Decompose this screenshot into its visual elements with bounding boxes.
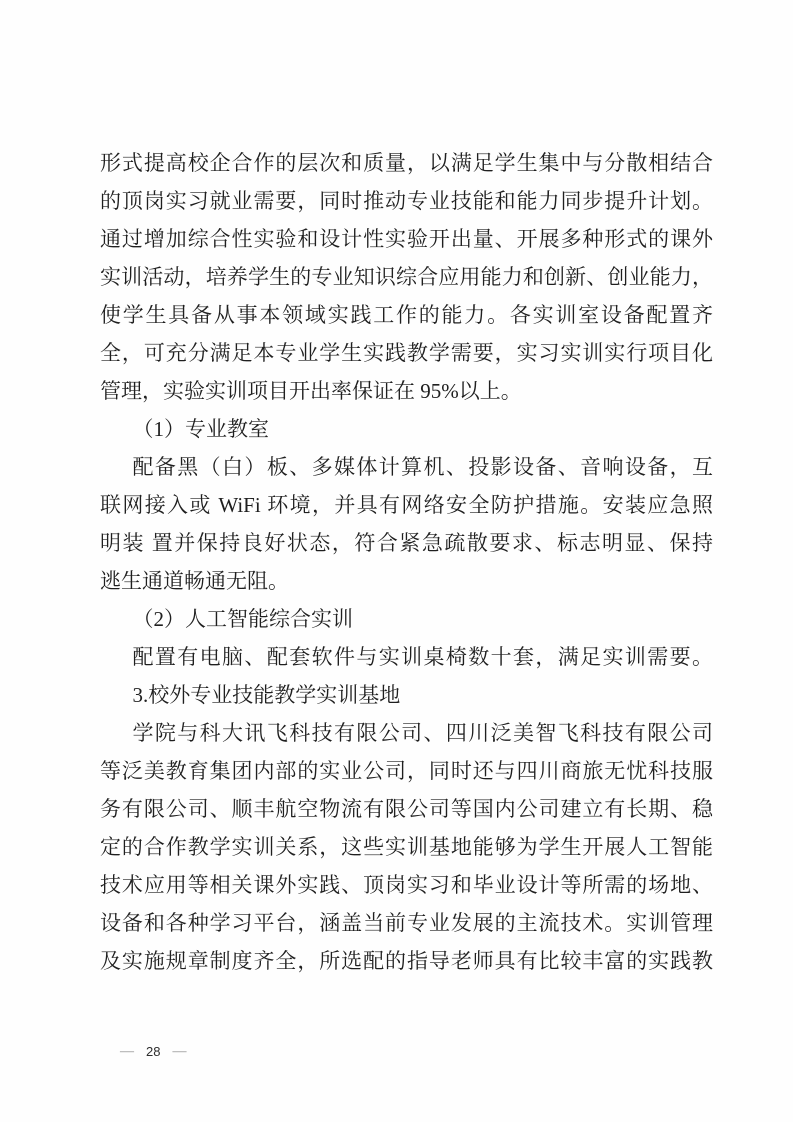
text-line: 配备黑（白）板、多媒体计算机、投影设备、音响设备，互	[100, 448, 713, 486]
text-line: 学院与科大讯飞科技有限公司、四川泛美智飞科技有限公司	[100, 714, 713, 752]
page-footer: — 28 —	[120, 1042, 186, 1062]
text-line: 定的合作教学实训关系，这些实训基地能够为学生开展人工智能	[100, 828, 713, 866]
text-line: 明装 置并保持良好状态，符合紧急疏散要求、标志明显、保持	[100, 524, 713, 562]
page-number: 28	[146, 1042, 160, 1062]
text-line: 等泛美教育集团内部的实业公司，同时还与四川商旅无忧科技服	[100, 752, 713, 790]
text-line: 逃生通道畅通无阻。	[100, 562, 713, 600]
text-line: 务有限公司、顺丰航空物流有限公司等国内公司建立有长期、稳	[100, 790, 713, 828]
document-body: 形式提高校企合作的层次和质量，以满足学生集中与分散相结合 的顶岗实习就业需要，同…	[100, 144, 713, 980]
text-line: 管理，实验实训项目开出率保证在 95%以上。	[100, 372, 713, 410]
text-line: 使学生具备从事本领域实践工作的能力。各实训室设备配置齐	[100, 296, 713, 334]
text-line: 配置有电脑、配套软件与实训桌椅数十套，满足实训需要。	[100, 638, 713, 676]
page-number-dash-right: —	[172, 1042, 186, 1062]
text-line: 通过增加综合性实验和设计性实验开出量、开展多种形式的课外	[100, 220, 713, 258]
text-line-heading: （1）专业教室	[100, 410, 713, 448]
text-line: 的顶岗实习就业需要，同时推动专业技能和能力同步提升计划。	[100, 182, 713, 220]
text-line: 及实施规章制度齐全，所选配的指导老师具有比较丰富的实践教	[100, 942, 713, 980]
text-line: 全，可充分满足本专业学生实践教学需要，实习实训实行项目化	[100, 334, 713, 372]
text-line-heading: 3.校外专业技能教学实训基地	[100, 676, 713, 714]
text-line: 技术应用等相关课外实践、顶岗实习和毕业设计等所需的场地、	[100, 866, 713, 904]
text-line: 实训活动，培养学生的专业知识综合应用能力和创新、创业能力，	[100, 258, 713, 296]
text-line-heading: （2）人工智能综合实训	[100, 600, 713, 638]
page-number-dash-left: —	[120, 1042, 134, 1062]
text-line: 设备和各种学习平台，涵盖当前专业发展的主流技术。实训管理	[100, 904, 713, 942]
text-line: 形式提高校企合作的层次和质量，以满足学生集中与分散相结合	[100, 144, 713, 182]
text-line: 联网接入或 WiFi 环境，并具有网络安全防护措施。安装应急照	[100, 486, 713, 524]
document-page: 形式提高校企合作的层次和质量，以满足学生集中与分散相结合 的顶岗实习就业需要，同…	[0, 0, 793, 1122]
